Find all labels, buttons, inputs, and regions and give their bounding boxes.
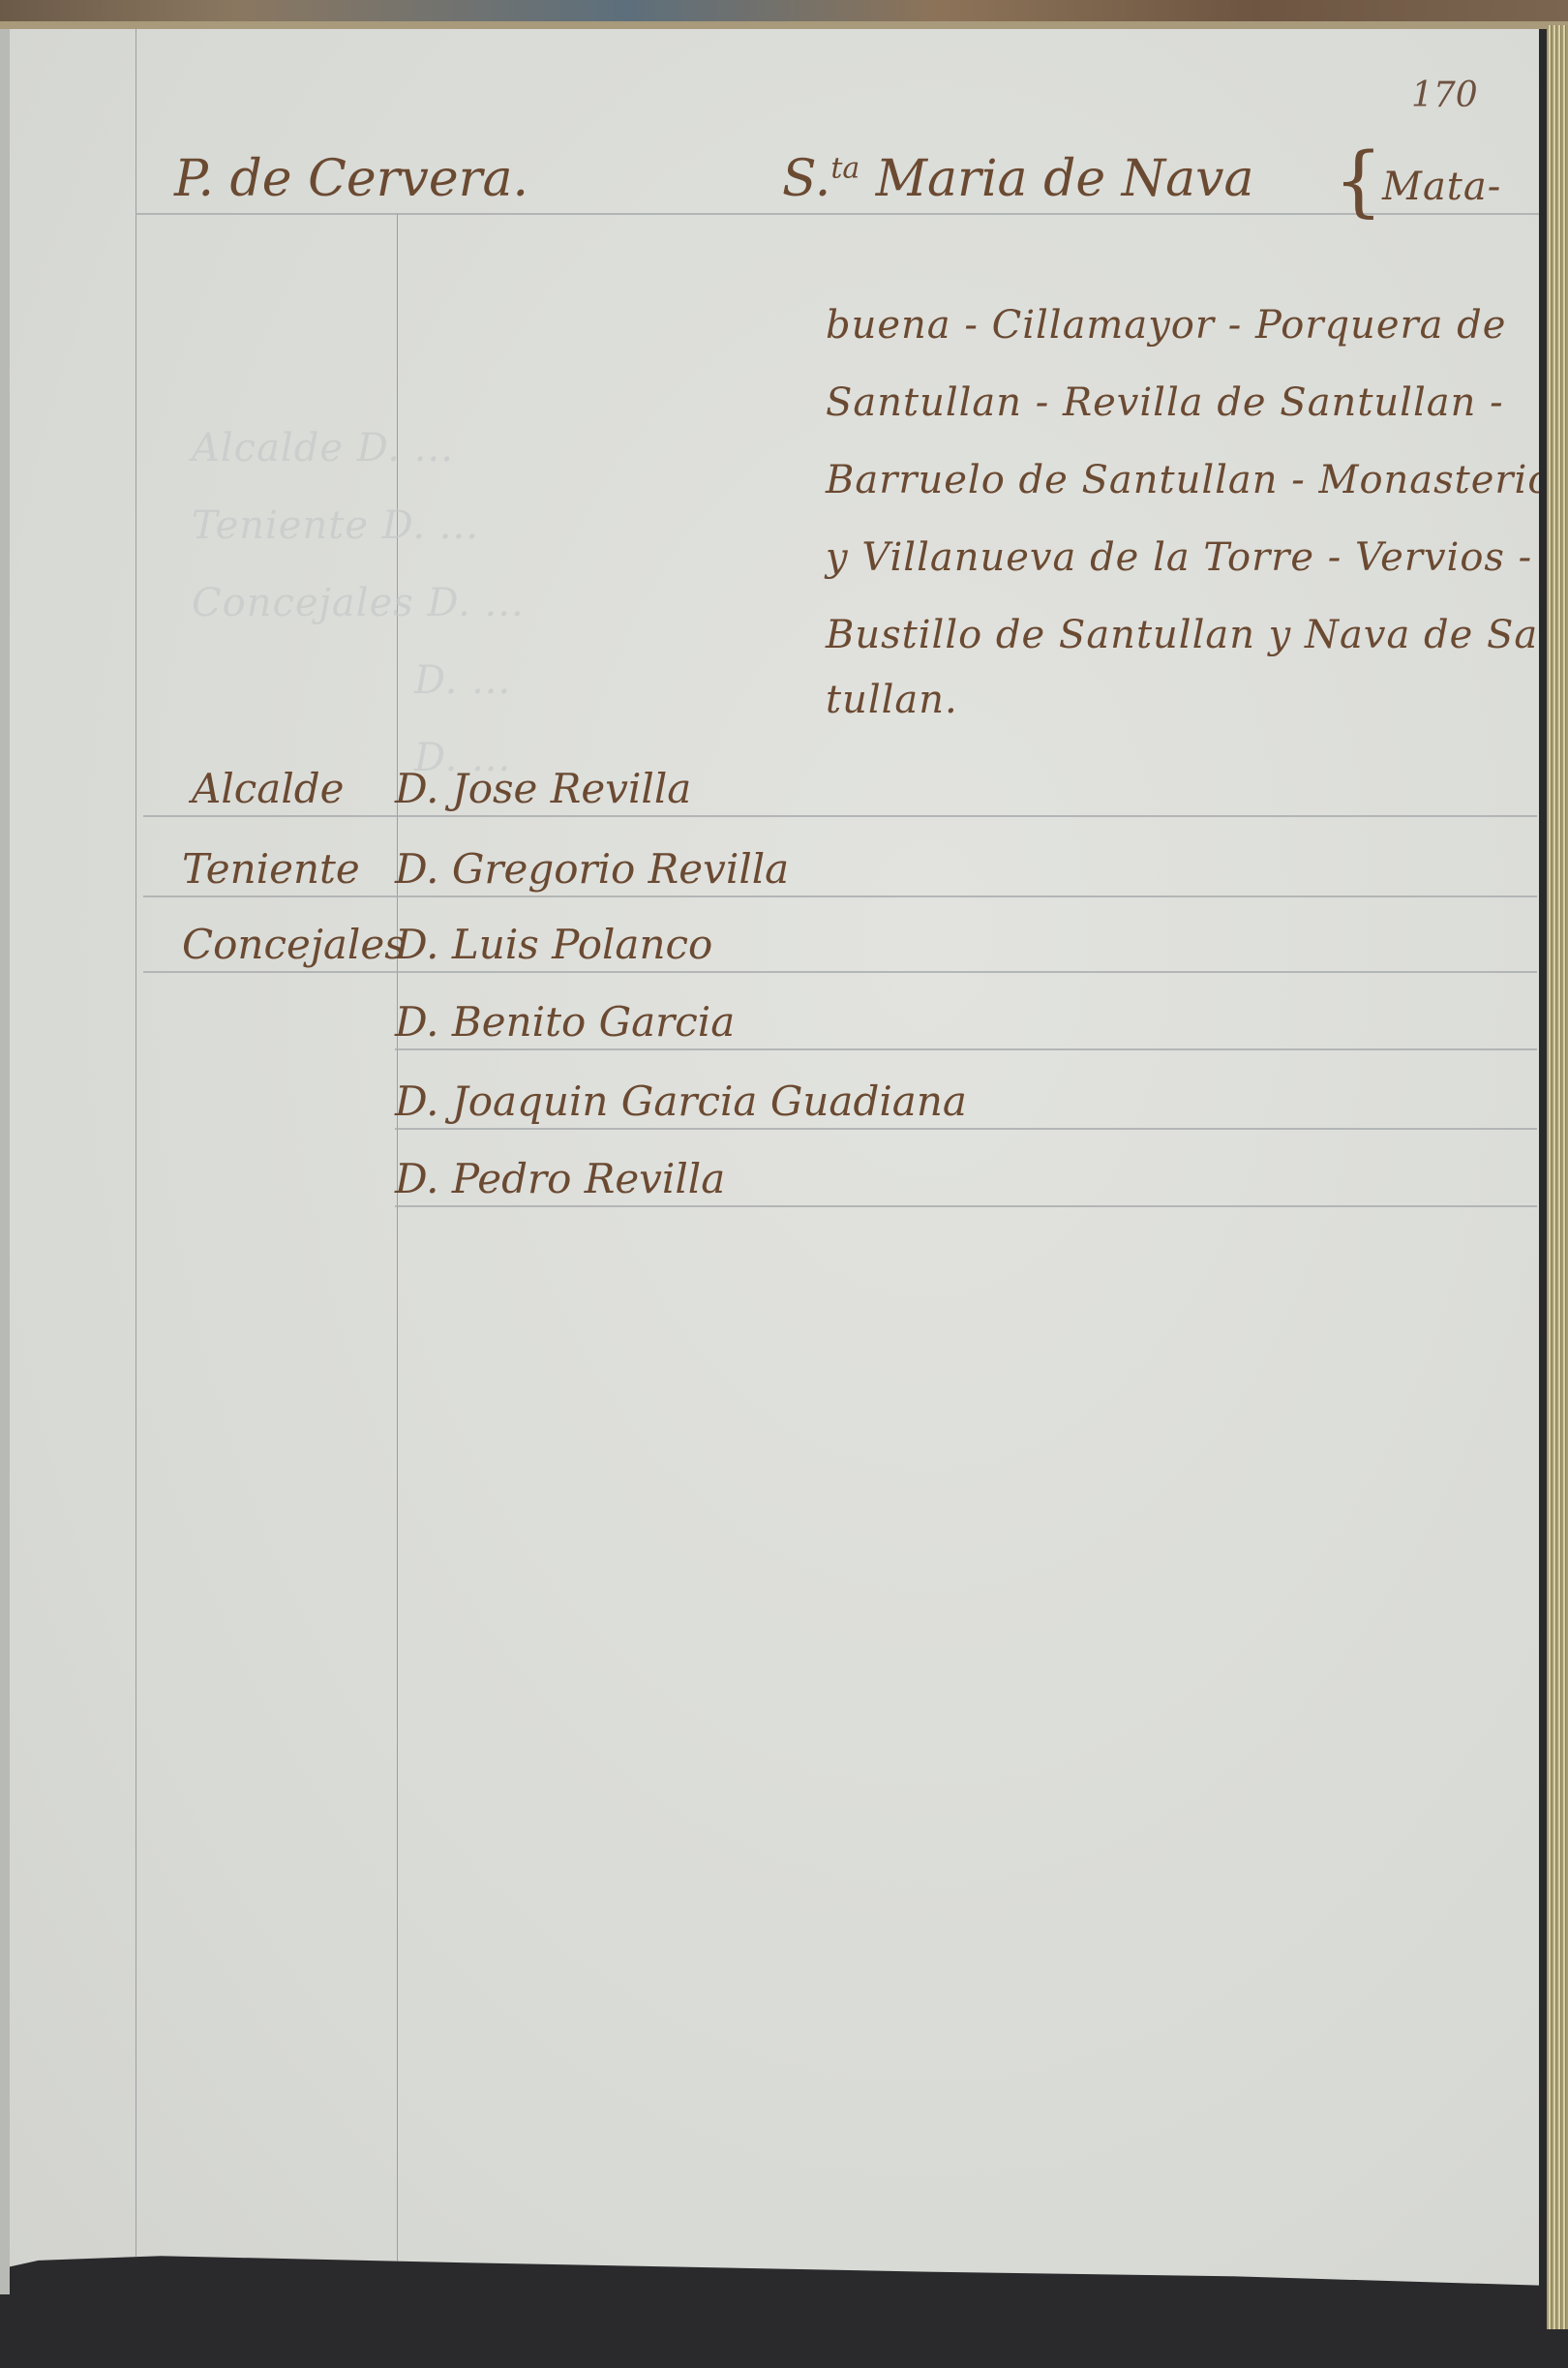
row-rule (143, 971, 1537, 973)
district-heading: P. de Cervera. (174, 150, 528, 208)
bleed-through-line: D. ... (414, 658, 511, 703)
official-name: D. Gregorio Revilla (395, 845, 789, 893)
place-line: tullan. (826, 678, 958, 722)
parish-heading: S.ta Maria de Nava (782, 150, 1254, 208)
row-rule (143, 815, 1537, 817)
bleed-through-line: Teniente D. ... (192, 503, 479, 548)
official-name: D. Pedro Revilla (395, 1155, 725, 1202)
official-role: Alcalde (192, 765, 345, 812)
grouping-brace: { (1334, 136, 1383, 226)
official-name: D. Benito Garcia (395, 998, 735, 1046)
bleed-through-line: Alcalde D. ... (192, 426, 454, 471)
binding-gutter (0, 29, 10, 2294)
official-name: D. Luis Polanco (395, 921, 712, 968)
page-number: 170 (1411, 76, 1478, 115)
place-line: y Villanueva de la Torre - Vervios - (826, 535, 1532, 580)
official-role: Concejales (182, 921, 406, 968)
official-name: D. Jose Revilla (395, 765, 691, 812)
row-rule (395, 1048, 1537, 1050)
bleed-through-line: Concejales D. ... (192, 581, 525, 625)
official-name: D. Joaquin Garcia Guadiana (395, 1078, 967, 1125)
parish-prefix: S. (782, 150, 830, 208)
page-stack-edge (1547, 25, 1568, 2329)
official-role: Teniente (182, 845, 360, 893)
place-line: Barruelo de Santullan - Monasterio (826, 458, 1552, 502)
place-line: Mata- (1382, 165, 1501, 209)
row-rule (395, 1205, 1537, 1207)
left-margin-rule (136, 29, 136, 2275)
row-rule (143, 896, 1537, 897)
book-top-edge (0, 0, 1568, 29)
parish-name: Maria de Nava (876, 150, 1254, 208)
manuscript-page: 170 P. de Cervera. S.ta Maria de Nava { … (8, 29, 1539, 2294)
place-line: Bustillo de Santullan y Nava de San- (826, 613, 1568, 657)
place-line: buena - Cillamayor - Porquera de (826, 303, 1506, 348)
place-line: Santullan - Revilla de Santullan - (826, 380, 1504, 425)
heading-rule (136, 213, 1539, 215)
row-rule (395, 1128, 1537, 1130)
parish-prefix-superscript: ta (830, 152, 859, 186)
